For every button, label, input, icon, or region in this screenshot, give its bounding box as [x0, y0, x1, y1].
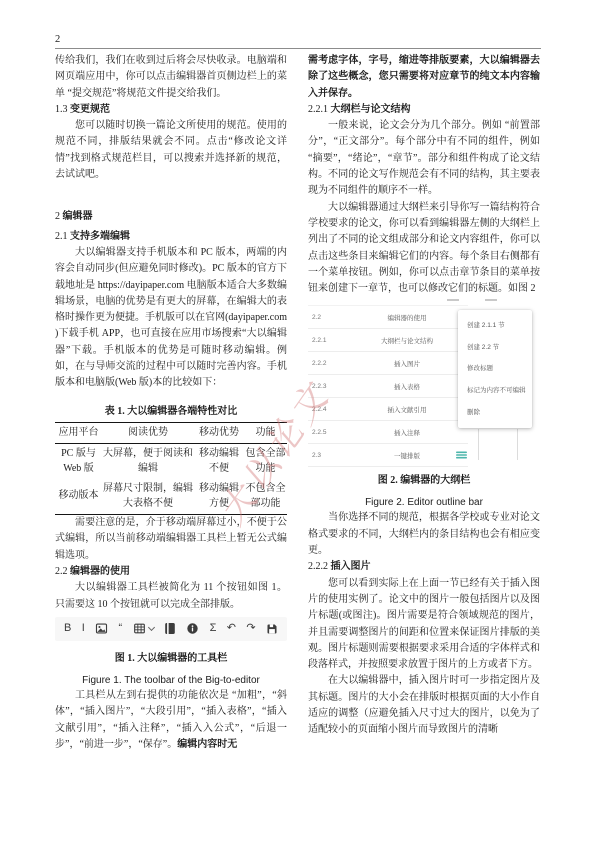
download-url-link[interactable]: https://dayipaper.com: [98, 280, 184, 291]
comparison-table: 应用平台 阅读优势 移动优势 功能 PC 版与 Web 版 大屏幕，便于阅读和编…: [55, 422, 287, 516]
footnote-icon: [186, 622, 199, 635]
paragraph: 您可以随时切换一篇论文所使用的规范。使用的规范不同，排版结果就会不同。点击“修改…: [55, 118, 287, 183]
table-cell: 大屏幕，便于阅读和编辑: [102, 444, 194, 480]
table-cell: 包含全部功能: [244, 444, 287, 480]
heading-number: 2.2.2: [308, 561, 328, 572]
cropped-ui-fragment: [517, 429, 518, 460]
heading-title: 支持多端编辑: [70, 231, 130, 242]
table-cell: 移动编辑不便: [194, 444, 244, 480]
outline-row-title: 大纲栏与论文结构: [346, 336, 468, 345]
figure-2-outline-image: 2.2 编辑器的使用 2.2.1 大纲栏与论文结构 2.2.2 插入图片 2.2…: [308, 303, 540, 463]
outline-row: 2.3 一键排版: [308, 444, 468, 467]
figure-2-caption-zh: 图 2. 编辑器的大纲栏: [308, 473, 540, 488]
paragraph: 大以编辑器工具栏被简化为 11 个按钮如图 1。只需要这 10 个按钮就可以完成…: [55, 580, 287, 613]
table-header-cell: 阅读优势: [102, 422, 194, 444]
page-number: 2: [55, 34, 60, 45]
table-cell: 移动版本: [55, 479, 102, 515]
outline-row-title: 插入注释: [346, 428, 468, 437]
cropped-ui-fragment: [485, 299, 497, 301]
table-row: PC 版与 Web 版 大屏幕，便于阅读和编辑 移动编辑不便 包含全部功能: [55, 444, 287, 480]
paragraph: 工具栏从左到右提供的功能依次是 “加粗”，“斜体”，“插入图片”，“大段引用”，…: [55, 688, 287, 753]
table-header-cell: 应用平台: [55, 422, 102, 444]
outline-row: 2.2.3 插入表格: [308, 375, 468, 398]
menu-item: 创建 2.2 节: [467, 344, 532, 352]
heading-number: 2.2.1: [308, 104, 328, 115]
outline-row: 2.2.2 插入图片: [308, 352, 468, 375]
paragraph: 大以编辑器通过大纲栏来引导你写一篇结构符合学校要求的论文，你可以看到编辑器左侧的…: [308, 200, 540, 298]
paragraph: 一般来说，论文会分为几个部分。例如 “前置部分”，“正文部分”。每个部分中有不同…: [308, 118, 540, 199]
cropped-ui-fragment: [478, 429, 479, 460]
heading-2-2-1: 2.2.1 大纲栏与论文结构: [308, 102, 540, 118]
heading-title: 编辑器的使用: [70, 566, 130, 577]
table-cell: 移动编辑方便: [194, 479, 244, 515]
heading-title: 大纲栏与论文结构: [331, 104, 411, 115]
table-header-cell: 移动优势: [194, 422, 244, 444]
paragraph: 在大以编辑器中，插入图片时可一步指定图片及其标题。图片的大小会在排版时根据页面的…: [308, 673, 540, 738]
outline-row-title: 插入文献引用: [346, 405, 468, 414]
heading-2-1: 2.1 支持多端编辑: [55, 229, 287, 245]
image-icon: [95, 622, 108, 635]
paragraph-text-bold: 编辑内容时无: [177, 739, 237, 750]
table-header-row: 应用平台 阅读优势 移动优势 功能: [55, 422, 287, 444]
table-icon: [133, 622, 154, 635]
paragraph: 需要注意的是，介于移动端屏幕过小，不便于公式编辑，所以当前移动端编辑器工具栏上暂…: [55, 515, 287, 564]
heading-number: 1.3: [55, 104, 68, 115]
menu-item: 创建 2.1.1 节: [467, 322, 532, 330]
formula-icon: Σ: [210, 623, 217, 634]
figure-1-caption-zh: 图 1. 大以编辑器的工具栏: [55, 651, 287, 666]
paragraph-text: 工具栏从左到右提供的功能依次是 “加粗”，“斜体”，“插入图片”，“大段引用”，…: [55, 690, 287, 750]
heading-number: 2: [55, 211, 60, 222]
outline-row-number: 2.2.2: [308, 360, 346, 367]
paragraph: 您可以看到实际上在上面一节已经有关于插入图片的使用实例了。论文中的图片一般包括图…: [308, 576, 540, 674]
menu-item: 删除: [467, 409, 532, 417]
document-page: 大以论文 2 传给我们，我们在收到过后将会尽快收录。电脑端和网页端应用中，你可以…: [0, 0, 595, 842]
figure-1-caption-en: Figure 1. The toolbar of the Big-to-edit…: [55, 674, 287, 688]
redo-icon: ↷: [246, 623, 255, 634]
chevron-down-icon: [147, 624, 154, 631]
heading-title: 编辑器: [63, 211, 93, 222]
citation-icon: [164, 622, 176, 635]
heading-title: 变更规范: [70, 104, 110, 115]
heading-2-2-2: 2.2.2 插入图片: [308, 559, 540, 575]
format-list-icon: [456, 451, 467, 459]
outline-row: 2.2.5 插入注释: [308, 421, 468, 444]
outline-row-title: 一键排版: [346, 451, 468, 460]
table-row: 移动版本 屏幕尺寸限制，编辑大表格不便 移动编辑方便 不包含全部功能: [55, 479, 287, 515]
outline-row-number: 2.2.5: [308, 429, 346, 436]
outline-row-number: 2.3: [308, 452, 346, 459]
outline-row-title: 插入图片: [346, 359, 468, 368]
table-cell: 不包含全部功能: [244, 479, 287, 515]
heading-2: 2 编辑器: [55, 209, 287, 225]
heading-number: 2.2: [55, 566, 68, 577]
menu-item: 修改标题: [467, 365, 532, 373]
bold-icon: B: [64, 623, 71, 634]
italic-icon: I: [82, 623, 85, 634]
heading-1-3: 1.3 变更规范: [55, 102, 287, 118]
table-caption: 表 1. 大以编辑器各端特性对比: [55, 404, 287, 419]
paragraph-continuation-bold: 需考虑字体，字号，缩进等排版要素，大以编辑器去除了这些概念，您只需要将对应章节的…: [308, 53, 540, 102]
menu-item: 标记为内容不可编辑: [467, 387, 532, 395]
paragraph: 大以编辑器支持手机版本和 PC 版本，两端的内容会自动同步(但应避免同时修改)。…: [55, 245, 287, 392]
left-column: 传给我们，我们在收到过后将会尽快收录。电脑端和网页端应用中，你可以点击编辑器首页…: [55, 53, 287, 753]
right-column: 需考虑字体，字号，缩进等排版要素，大以编辑器去除了这些概念，您只需要将对应章节的…: [308, 53, 540, 739]
cropped-ui-fragment: [447, 299, 459, 301]
table-cell: 屏幕尺寸限制，编辑大表格不便: [102, 479, 194, 515]
table-cell: PC 版与 Web 版: [55, 444, 102, 480]
blockquote-icon: “: [118, 623, 122, 634]
heading-2-2: 2.2 编辑器的使用: [55, 564, 287, 580]
outline-row-number: 2.2.1: [308, 337, 346, 344]
outline-row-number: 2.2.4: [308, 406, 346, 413]
paragraph: 当你选择不同的规范，根据各学校或专业对论文格式要求的不同，大纲栏内的条目结构也会…: [308, 510, 540, 559]
undo-icon: ↶: [227, 623, 236, 634]
outline-row: 2.2.4 插入文献引用: [308, 398, 468, 421]
outline-list: 2.2 编辑器的使用 2.2.1 大纲栏与论文结构 2.2.2 插入图片 2.2…: [308, 305, 468, 467]
paragraph-text: 电脑版本适合大多数编辑场景，电脑的优势是有更大的屏幕，在编辑大的表格时操作更为便…: [55, 280, 287, 389]
outline-row-number: 2.2.3: [308, 383, 346, 390]
save-icon: [266, 623, 278, 635]
outline-row: 2.2 编辑器的使用: [308, 305, 468, 329]
figure-1-toolbar-image: B I “ Σ ↶ ↷: [55, 617, 287, 641]
figure-2-caption-en: Figure 2. Editor outline bar: [308, 496, 540, 510]
table-header-cell: 功能: [244, 422, 287, 444]
context-menu-popup: 创建 2.1.1 节 创建 2.2 节 修改标题 标记为内容不可编辑 删除: [458, 310, 532, 428]
outline-row-number: 2.2: [308, 314, 346, 321]
outline-row-title: 编辑器的使用: [346, 313, 468, 322]
outline-row: 2.2.1 大纲栏与论文结构: [308, 329, 468, 352]
paragraph-continuation: 传给我们，我们在收到过后将会尽快收录。电脑端和网页端应用中，你可以点击编辑器首页…: [55, 53, 287, 102]
page-header: 2: [55, 34, 541, 49]
heading-number: 2.1: [55, 231, 68, 242]
heading-title: 插入图片: [331, 561, 371, 572]
outline-row-title: 插入表格: [346, 382, 468, 391]
